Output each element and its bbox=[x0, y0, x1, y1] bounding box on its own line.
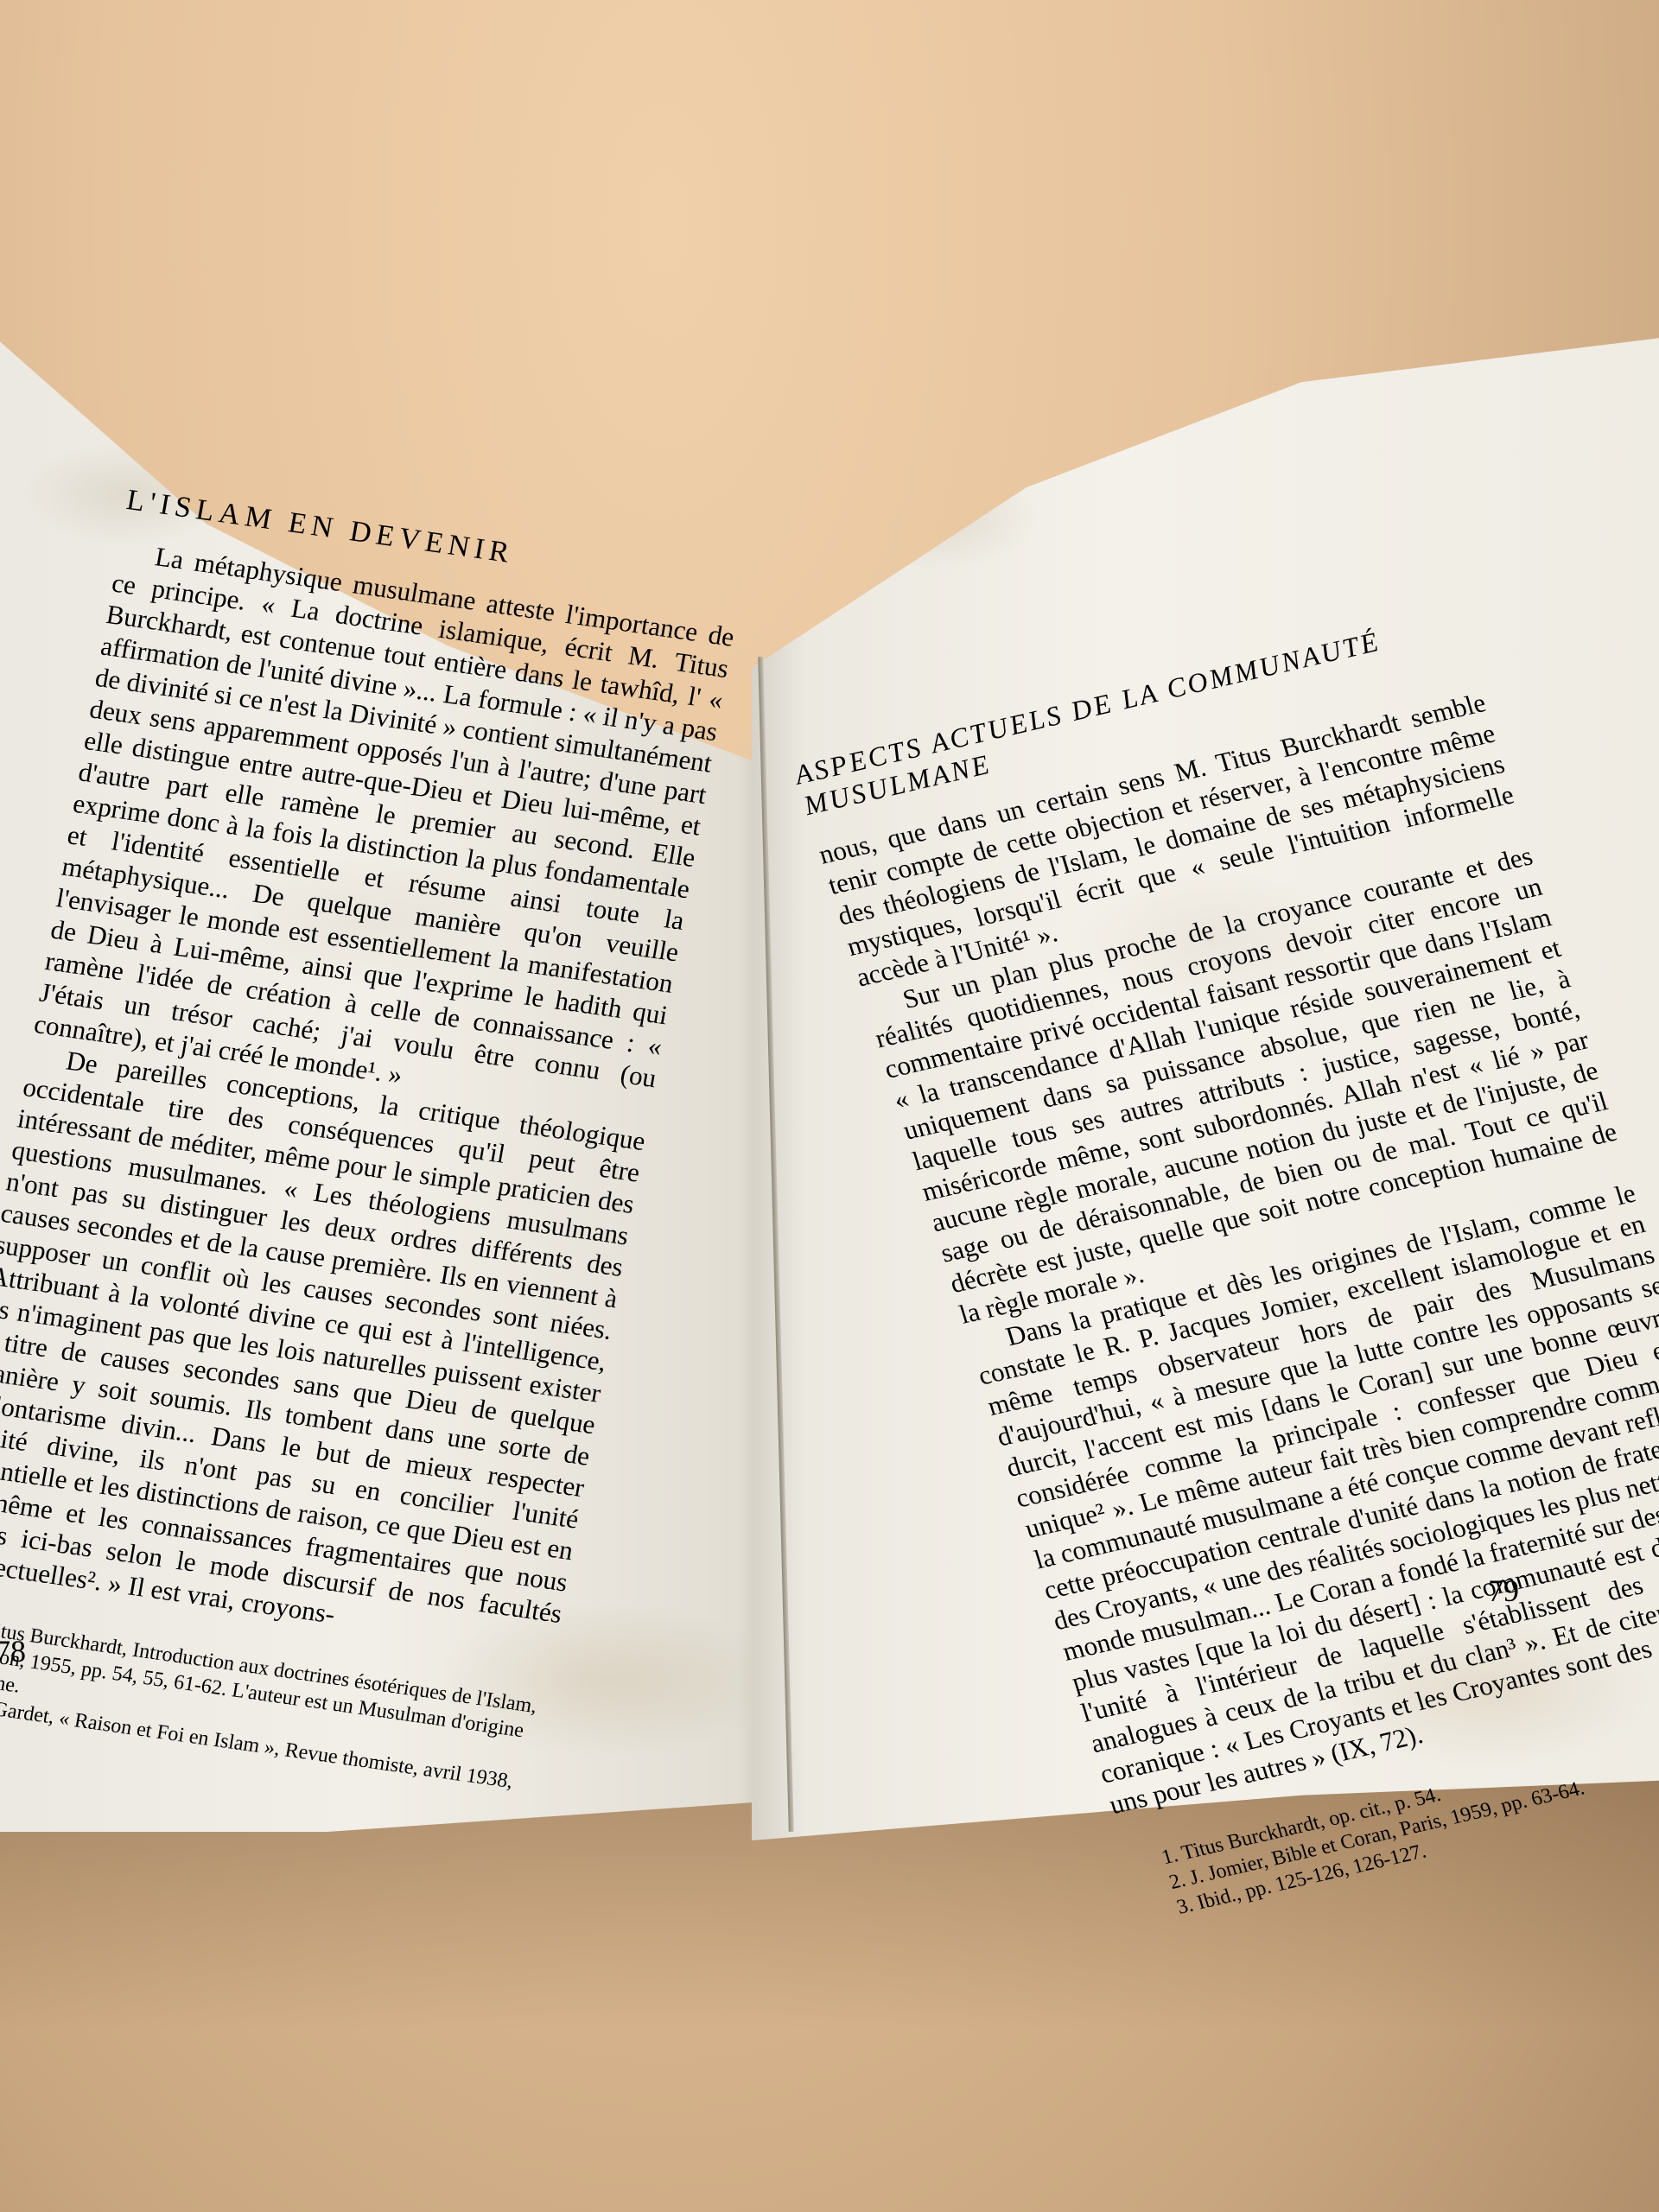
page-number-right: 79 bbox=[1488, 1573, 1519, 1609]
page-number-left: 78 bbox=[0, 1633, 26, 1669]
paragraph: De pareilles conceptions, la critique th… bbox=[0, 1039, 648, 1661]
paragraph: La métaphysique musulmane atteste l'impo… bbox=[32, 535, 737, 1126]
